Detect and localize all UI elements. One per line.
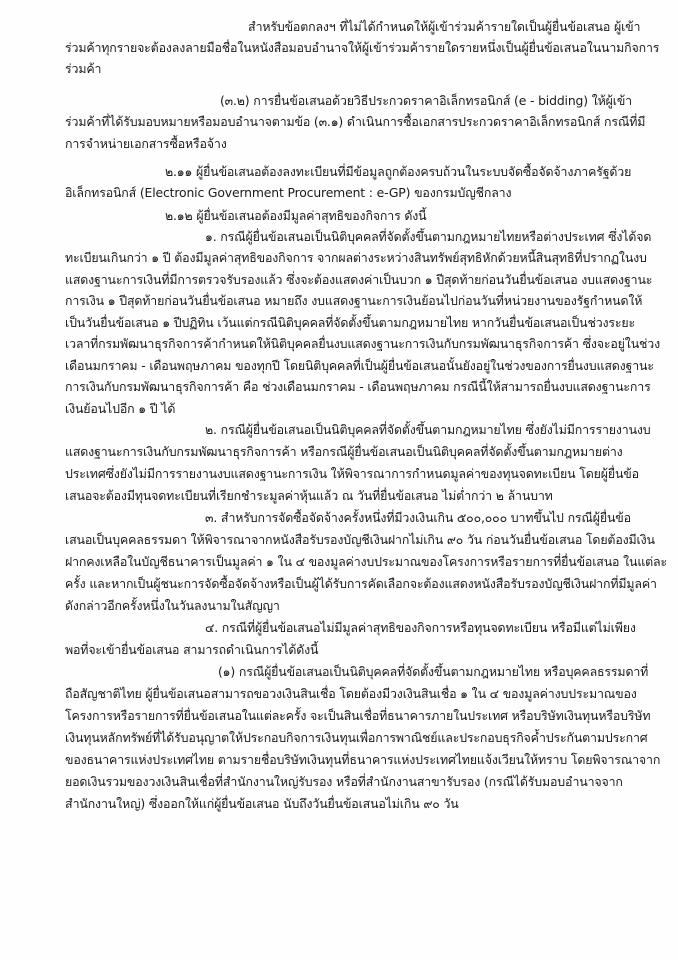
document-text-line: การเงินกับกรมพัฒนาธุรกิจการค้า คือ ช่วงเ…	[65, 378, 651, 396]
document-text-line: สำหรับข้อตกลงฯ ที่ไม่ได้กำหนดให้ผู้เข้าร…	[248, 18, 640, 36]
document-text-line: อิเล็กทรอนิกส์ (Electronic Government Pr…	[65, 184, 511, 202]
document-text-line: ๒. กรณีผู้ยื่นข้อเสนอเป็นนิติบุคคลที่จัด…	[205, 421, 651, 439]
document-text-line: ฝากคงเหลือในบัญชีธนาคารเป็นมูลค่า ๑ ใน ๔…	[65, 553, 667, 571]
document-text-line: เดือนมกราคม - เดือนพฤษภาคม ของทุกปี โดยน…	[65, 357, 654, 375]
document-text-line: พอที่จะเข้ายื่นข้อเสนอ สามารถดำเนินการได…	[65, 641, 318, 659]
document-text-line: (๑) กรณีผู้ยื่นข้อเสนอเป็นนิติบุคคลที่จั…	[218, 663, 648, 681]
document-text-line: การจำหน่ายเอกสารซื้อหรือจ้าง	[65, 135, 227, 153]
document-text-line: ร่วมค้าทุกรายจะต้องลงลายมือชื่อในหนังสือ…	[65, 39, 659, 57]
document-text-line: ๓. สำหรับการจัดซื้อจัดจ้างครั้งหนึ่งที่ม…	[205, 509, 631, 527]
document-text-line: ร่วมค้า	[65, 60, 101, 78]
document-text-line: ทะเบียนเกินกว่า ๑ ปี ต้องมีมูลค่าสุทธิขอ…	[65, 249, 647, 267]
document-text-line: เงินย้อนไปอีก ๑ ปี ได้	[65, 400, 175, 418]
document-text-line: แสดงฐานะการเงินที่มีการตรวจรับรองแล้ว ซึ…	[65, 271, 652, 289]
document-text-line: ของธนาคารแห่งประเทศไทย ตามรายชื่อบริษัทเ…	[65, 751, 660, 769]
document-text-line: เงินทุนหลักทรัพย์ที่ได้รับอนุญาตให้ประกอ…	[65, 729, 647, 747]
document-text-line: แสดงฐานะการเงินกับกรมพัฒนาธุรกิจการค้า ห…	[65, 443, 623, 461]
document-text-line: ครั้ง และหากเป็นผู้ชนะการจัดซื้อจัดจ้างห…	[65, 575, 657, 593]
document-text-line: ยอดเงินรวมของวงเงินสินเชื่อที่สำนักงานให…	[65, 773, 623, 791]
document-text-line: ร่วมค้าที่ได้รับมอบหมายหรือมอบอำนาจตามข้…	[65, 113, 645, 131]
document-text-line: ดังกล่าวอีกครั้งหนึ่งในวันลงนามในสัญญา	[65, 597, 280, 615]
document-text-line: ๒.๑๒ ผู้ยื่นข้อเสนอต้องมีมูลค่าสุทธิของก…	[165, 207, 427, 225]
document-page: สำหรับข้อตกลงฯ ที่ไม่ได้กำหนดให้ผู้เข้าร…	[0, 0, 678, 960]
document-text-line: เสนอเป็นบุคคลธรรมดา ให้พิจารณาจากหนังสือ…	[65, 531, 655, 549]
document-text-line: การเงิน ๑ ปีสุดท้ายก่อนวันยื่นข้อเสนอ หม…	[65, 292, 642, 310]
document-text-line: เวลาที่กรมพัฒนาธุรกิจการค้ากำหนดให้นิติบ…	[65, 335, 660, 353]
document-text-line: ถือสัญชาติไทย ผู้ยื่นข้อเสนอสามารถขอวงเง…	[65, 685, 637, 703]
document-text-line: สำนักงานใหญ่) ซึ่งออกให้แก่ผู้ยื่นข้อเสน…	[65, 795, 459, 813]
document-text-line: เสนอจะต้องมีทุนจดทะเบียนที่เรียกชำระมูลค…	[65, 487, 553, 505]
document-text-line: ประเทศซึ่งยังไม่มีการรายงานงบแสดงฐานะการ…	[65, 465, 639, 483]
document-text-line: ๑. กรณีผู้ยื่นข้อเสนอเป็นนิติบุคคลที่จัด…	[205, 228, 651, 246]
document-text-line: เป็นวันยื่นข้อเสนอ ๑ ปีปฏิทิน เว้นแต่กรณ…	[65, 314, 635, 332]
document-text-line: ๒.๑๑ ผู้ยื่นข้อเสนอต้องลงทะเบียนที่มีข้อ…	[165, 163, 631, 181]
document-text-line: ๔. กรณีที่ผู้ยื่นข้อเสนอไม่มีมูลค่าสุทธิ…	[205, 619, 636, 637]
document-text-line: โครงการหรือรายการที่ยื่นข้อเสนอในแต่ละคร…	[65, 707, 650, 725]
document-text-line: (๓.๒) การยื่นข้อเสนอด้วยวิธีประกวดราคาอิ…	[220, 92, 632, 110]
